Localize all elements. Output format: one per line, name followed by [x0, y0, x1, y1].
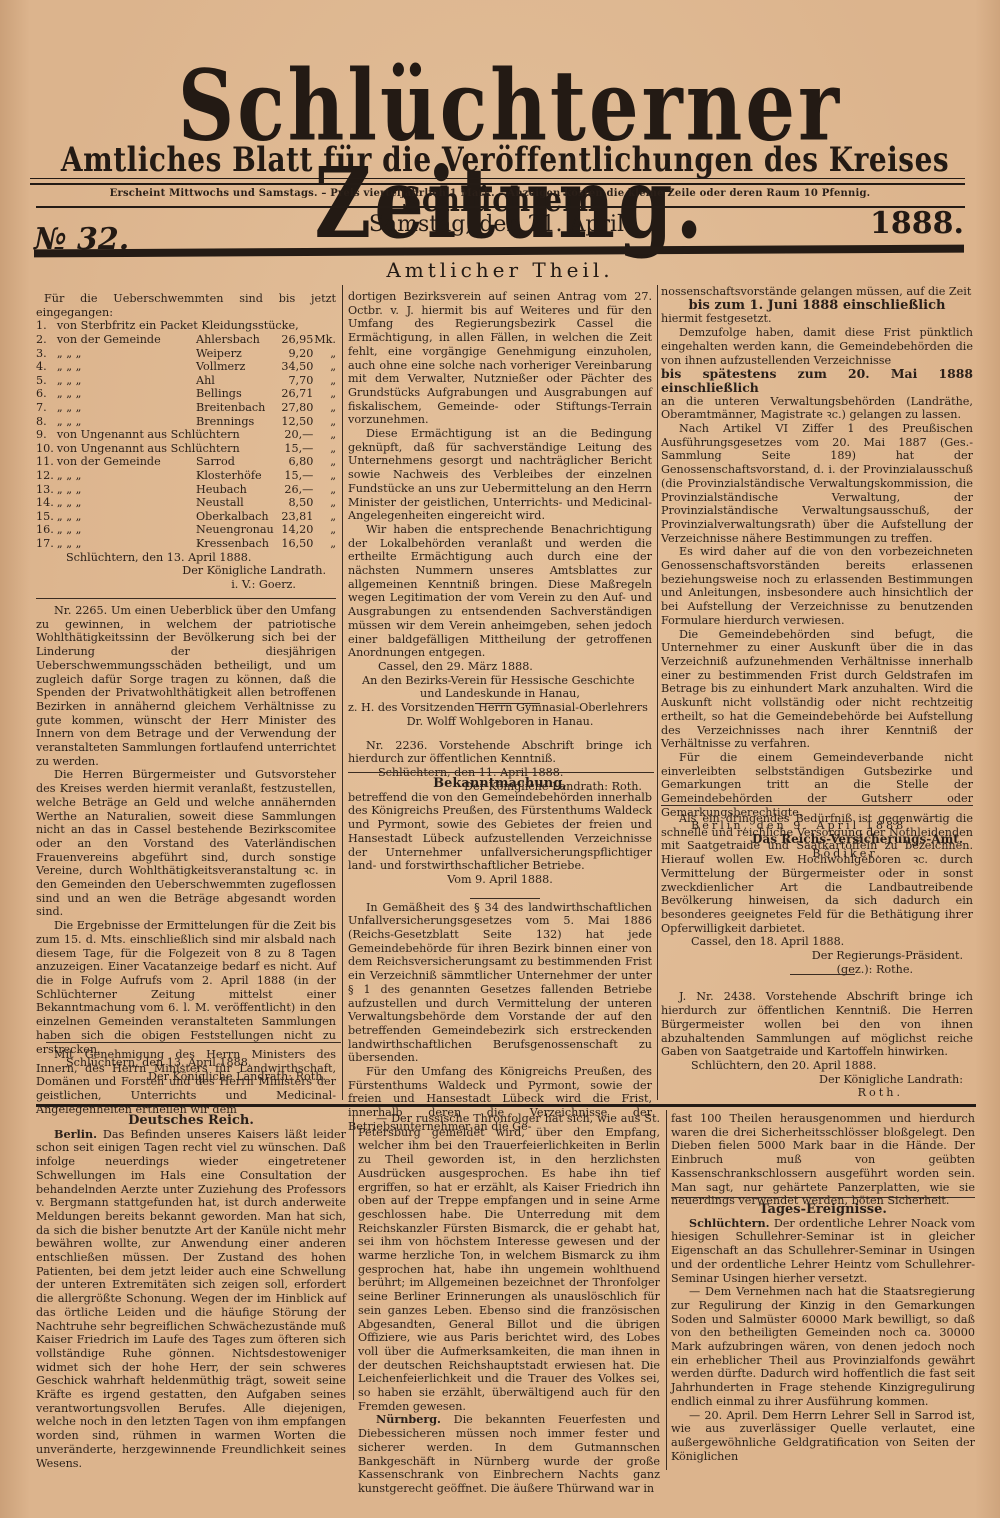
donation-source: „ „ „ — [57, 401, 166, 415]
issue-date: Samstag, den 21. April. — [300, 212, 700, 237]
col2-nr-2236: Nr. 2236. Vorstehende Abschrift bringe i… — [348, 739, 652, 766]
col2-divider — [348, 772, 654, 773]
col2-address-4: Dr. Wolff Wohlgeboren in Hanau. — [348, 715, 652, 729]
column-divider-1 — [342, 285, 343, 1100]
donation-amount: 26,— — [275, 483, 314, 497]
donation-amount: 8,50 — [275, 496, 314, 510]
donation-place: Kressenbach — [166, 537, 275, 551]
donation-row: 13.„ „ „Heubach26,—„ — [36, 483, 336, 497]
donation-place: Ahlersbach — [166, 333, 275, 347]
donations-table: 1.von Sterbfritz ein Packet Kleidungsstü… — [36, 319, 336, 550]
col3-p6: Als ein dringendes Bedürfniß ist gegenwä… — [661, 812, 973, 935]
donations-place-date: Schlüchtern, den 13. April 1888. — [36, 551, 336, 565]
donation-place: Vollmerz — [166, 360, 275, 374]
donation-row: 16.„ „ „Neuengronau14,20„ — [36, 523, 336, 537]
donation-row: 3.„ „ „Weiperz9,20„ — [36, 347, 336, 361]
donation-place: Ahl — [166, 374, 275, 388]
donation-row: 12.„ „ „Klosterhöfe15,—„ — [36, 469, 336, 483]
donations-signature: Der Königliche Landrath. — [36, 564, 336, 578]
donation-no: 3. — [36, 347, 57, 361]
publication-info: Erscheint Mittwochs und Samstags. – Prei… — [40, 188, 940, 199]
tages-p3: — 20. April. Dem Herrn Lehrer Sell in Sa… — [671, 1409, 975, 1464]
donation-amount: 26,71 — [275, 387, 314, 401]
donation-source: „ „ „ — [57, 347, 166, 361]
donation-no: 10. — [36, 442, 57, 456]
donation-row: 9.von Ungenannt aus Schlüchtern20,—„ — [36, 428, 336, 442]
donation-amount: 15,— — [275, 469, 314, 483]
donation-row: 8.„ „ „Brennings12,50„ — [36, 415, 336, 429]
tages-divider — [671, 1197, 975, 1198]
donation-amount: 6,80 — [275, 455, 314, 469]
donation-amount: 26,95 — [275, 333, 314, 347]
col2-p3: Wir haben die entsprechende Benachrichti… — [348, 523, 652, 660]
nuernberg-lead: Nürnberg. — [376, 1412, 441, 1426]
col3-p0b: hiermit festgesetzt. — [661, 312, 973, 326]
bekanntmachung-short-rule — [470, 898, 540, 899]
donation-unit: „ — [313, 496, 336, 510]
donation-row: 7.„ „ „Breitenbach27,80„ — [36, 401, 336, 415]
col3-p3: Es wird daher auf die von den vorbezeich… — [661, 545, 973, 627]
masthead-rule-top-2 — [30, 183, 965, 185]
col3-authority-2: Der Regierungs-Präsident. — [661, 949, 973, 963]
donation-row: 17.„ „ „Kressenbach16,50„ — [36, 537, 336, 551]
deutsches-reich-column: Deutsches Reich. Berlin. Das Befinden un… — [36, 1114, 346, 1470]
donation-row: 1.von Sterbfritz ein Packet Kleidungsstü… — [36, 319, 336, 333]
donation-amount: 16,50 — [275, 537, 314, 551]
donation-source: „ „ „ — [57, 483, 166, 497]
bottom-column-divider-2 — [666, 1110, 667, 1470]
donation-no: 8. — [36, 415, 57, 429]
donation-row: 4.„ „ „Vollmerz34,50„ — [36, 360, 336, 374]
donation-unit: „ — [313, 360, 336, 374]
col2-short-rule — [475, 703, 540, 704]
col3-authority-3: Der Königliche Landrath: — [661, 1073, 973, 1087]
donation-place: Sarrod — [166, 455, 275, 469]
donation-no: 13. — [36, 483, 57, 497]
donation-source: „ „ „ — [57, 496, 166, 510]
bekanntmachung-heading: Bekanntmachung, — [348, 777, 652, 791]
donation-place: Neustall — [166, 496, 275, 510]
column-2: dortigen Bezirksverein auf seinen Antrag… — [348, 290, 652, 793]
donation-row: 2.von der GemeindeAhlersbach26,95Mk. — [36, 333, 336, 347]
bekanntmachung-p1: In Gemäßheit des § 34 des landwirthschaf… — [348, 901, 652, 1065]
donation-unit: „ — [313, 442, 336, 456]
donation-no: 5. — [36, 374, 57, 388]
donation-no: 9. — [36, 428, 57, 442]
donation-place: Breitenbach — [166, 401, 275, 415]
donation-place: Heubach — [166, 483, 275, 497]
donation-place: Klosterhöfe — [166, 469, 275, 483]
donation-place: Neuengronau — [166, 523, 275, 537]
col3-short-rule — [790, 974, 855, 975]
donation-row: 6.„ „ „Bellings26,71„ — [36, 387, 336, 401]
donation-unit: „ — [313, 401, 336, 415]
donation-unit: „ — [313, 537, 336, 551]
tages-p1: Schlüchtern. Der ordentliche Lehrer Noac… — [671, 1217, 975, 1286]
col3-signature-3: Roth. — [661, 1086, 973, 1100]
donation-no: 14. — [36, 496, 57, 510]
donation-row: 5.„ „ „Ahl7,70„ — [36, 374, 336, 388]
donation-unit: „ — [313, 510, 336, 524]
donation-place: Weiperz — [166, 347, 275, 361]
column-divider-2 — [657, 285, 658, 1100]
berlin-article: Berlin. Das Befinden unseres Kaisers läß… — [36, 1128, 346, 1471]
col3-p0: nossenschaftsvorstände gelangen müssen, … — [661, 285, 973, 299]
donation-unit: „ — [313, 347, 336, 361]
column-1-divider-2 — [46, 1042, 341, 1043]
donation-amount: 27,80 — [275, 401, 314, 415]
col3-p1: Demzufolge haben, damit diese Frist pünk… — [661, 326, 973, 367]
donation-amount: 14,20 — [275, 523, 314, 537]
berlin-lead: Berlin. — [54, 1127, 97, 1141]
russian-article: — Der russische Thronfolger hat sich, wi… — [358, 1112, 660, 1413]
donation-no: 11. — [36, 455, 57, 469]
notice-2265-p2: Die Herren Bürgermeister und Gutsvorsteh… — [36, 768, 336, 919]
donation-no: 6. — [36, 387, 57, 401]
donation-unit: „ — [313, 387, 336, 401]
donation-unit: „ — [313, 374, 336, 388]
donation-no: 15. — [36, 510, 57, 524]
donation-row: 11.von der GemeindeSarrod6,80„ — [36, 455, 336, 469]
bekanntmachung: Bekanntmachung, betreffend die von den G… — [348, 777, 652, 1134]
donation-unit: „ — [313, 428, 336, 442]
col3-p4: Die Gemeindebehörden sind befugt, die Un… — [661, 628, 973, 751]
donation-unit: „ — [313, 455, 336, 469]
col3-p7: J. Nr. 2438. Vorstehende Abschrift bring… — [661, 990, 973, 1059]
donation-amount: 7,70 — [275, 374, 314, 388]
column-3-lower: Als ein dringendes Bedürfniß ist gegenwä… — [661, 812, 973, 1100]
donation-source: von Ungenannt aus Schlüchtern — [57, 442, 275, 456]
donations-signature-deputy: i. V.: Goerz. — [36, 578, 336, 592]
donation-place: Bellings — [166, 387, 275, 401]
masthead-rule-top — [30, 178, 965, 179]
notice-2265: Nr. 2265. Um einen Ueberblick über den U… — [36, 604, 336, 1084]
donation-no: 1. — [36, 319, 57, 333]
col2-address-2: und Landeskunde in Hanau, — [348, 687, 652, 701]
donation-no: 16. — [36, 523, 57, 537]
donations-intro: Für die Ueberschwemmten sind bis jetzt e… — [36, 292, 336, 319]
news-column-3: fast 100 Theilen herausgenommen und hier… — [671, 1112, 975, 1208]
donation-unit: „ — [313, 415, 336, 429]
col2-place-date: Cassel, den 29. März 1888. — [348, 660, 652, 674]
donation-amount: 34,50 — [275, 360, 314, 374]
col2-p1: dortigen Bezirksverein auf seinen Antrag… — [348, 290, 652, 427]
nuernberg-article: Nürnberg. Die bekannten Feuerfesten und … — [358, 1413, 660, 1495]
donation-amount: 15,— — [275, 442, 314, 456]
col3-place-date-2: Cassel, den 18. April 1888. — [661, 935, 973, 949]
notice-2265-p1: Nr. 2265. Um einen Ueberblick über den U… — [36, 604, 336, 768]
tages-lead: Schlüchtern. — [689, 1216, 770, 1230]
col3-p5: Für die einem Gemeindeverbande nicht ein… — [661, 751, 973, 820]
deutsches-reich-heading: Deutsches Reich. — [36, 1114, 346, 1128]
donation-source: „ „ „ — [57, 510, 166, 524]
col3-deadline-2: bis spätestens zum 20. Mai 1888 einschli… — [661, 367, 973, 394]
donation-unit: „ — [313, 469, 336, 483]
donation-amount: 23,81 — [275, 510, 314, 524]
donation-amount: 20,— — [275, 428, 314, 442]
donation-source: „ „ „ — [57, 537, 166, 551]
donation-source: von Ungenannt aus Schlüchtern — [57, 428, 275, 442]
tages-ereignisse: Tages-Ereignisse. Schlüchtern. Der orden… — [671, 1203, 975, 1463]
bottom-column-divider-1 — [353, 1110, 354, 1400]
col2-p2: Diese Ermächtigung ist an die Bedingung … — [348, 427, 652, 523]
column-1-top: Für die Ueberschwemmten sind bis jetzt e… — [36, 292, 336, 592]
bekanntmachung-subject: betreffend die von den Gemeindebehörden … — [348, 791, 652, 873]
donation-unit: „ — [313, 483, 336, 497]
donation-source: „ „ „ — [57, 523, 166, 537]
section-divider-thick — [36, 1104, 976, 1107]
donation-place: Oberkalbach — [166, 510, 275, 524]
donation-source: „ „ „ — [57, 360, 166, 374]
donation-place: Brennings — [166, 415, 275, 429]
berlin-text: Das Befinden unseres Kaisers läßt leider… — [36, 1128, 346, 1470]
donation-no: 4. — [36, 360, 57, 374]
notice-2265-p3: Die Ergebnisse der Ermittelungen für die… — [36, 919, 336, 1056]
col3-p1b: an die unteren Verwaltungsbehörden (Land… — [661, 395, 973, 422]
donation-source: „ „ „ — [57, 374, 166, 388]
nuernberg-continued: fast 100 Theilen herausgenommen und hier… — [671, 1112, 975, 1208]
tages-ereignisse-heading: Tages-Ereignisse. — [671, 1203, 975, 1217]
col3-place-date-3: Schlüchtern, den 20. April 1888. — [661, 1059, 973, 1073]
donation-row: 14.„ „ „Neustall8,50„ — [36, 496, 336, 510]
col3-divider — [661, 805, 973, 806]
donation-unit: Mk. — [313, 333, 336, 347]
donation-source: von der Gemeinde — [57, 333, 166, 347]
section-heading-amtlicher-theil: Amtlicher Theil. — [345, 258, 655, 282]
col3-deadline-1: bis zum 1. Juni 1888 einschließlich — [661, 299, 973, 313]
donation-row: 15.„ „ „Oberkalbach23,81„ — [36, 510, 336, 524]
column-3: nossenschaftsvorstände gelangen müssen, … — [661, 285, 973, 861]
tages-p2: — Dem Vernehmen nach hat die Staatsregie… — [671, 1285, 975, 1408]
donation-source: von Sterbfritz ein Packet Kleidungsstück… — [57, 319, 336, 333]
col2-address-1: An den Bezirks-Verein für Hessische Gesc… — [348, 674, 652, 688]
donation-no: 17. — [36, 537, 57, 551]
bekanntmachung-date: Vom 9. April 1888. — [348, 873, 652, 887]
donation-source: „ „ „ — [57, 469, 166, 483]
donation-no: 12. — [36, 469, 57, 483]
donation-source: von der Gemeinde — [57, 455, 166, 469]
donation-source: „ „ „ — [57, 415, 166, 429]
donation-amount: 9,20 — [275, 347, 314, 361]
donation-row: 10.von Ungenannt aus Schlüchtern15,—„ — [36, 442, 336, 456]
donation-unit: „ — [313, 523, 336, 537]
issue-year: 1888. — [870, 206, 964, 241]
column-1-divider-1 — [36, 598, 336, 599]
info-rule — [36, 206, 965, 208]
donation-source: „ „ „ — [57, 387, 166, 401]
donation-no: 7. — [36, 401, 57, 415]
donation-amount: 12,50 — [275, 415, 314, 429]
donation-no: 2. — [36, 333, 57, 347]
newspaper-page: Schlüchterner Zeitung. Amtliches Blatt f… — [0, 0, 1000, 1518]
news-column-2: — Der russische Thronfolger hat sich, wi… — [358, 1112, 660, 1496]
col3-p2: Nach Artikel VI Ziffer 1 des Preußischen… — [661, 422, 973, 545]
